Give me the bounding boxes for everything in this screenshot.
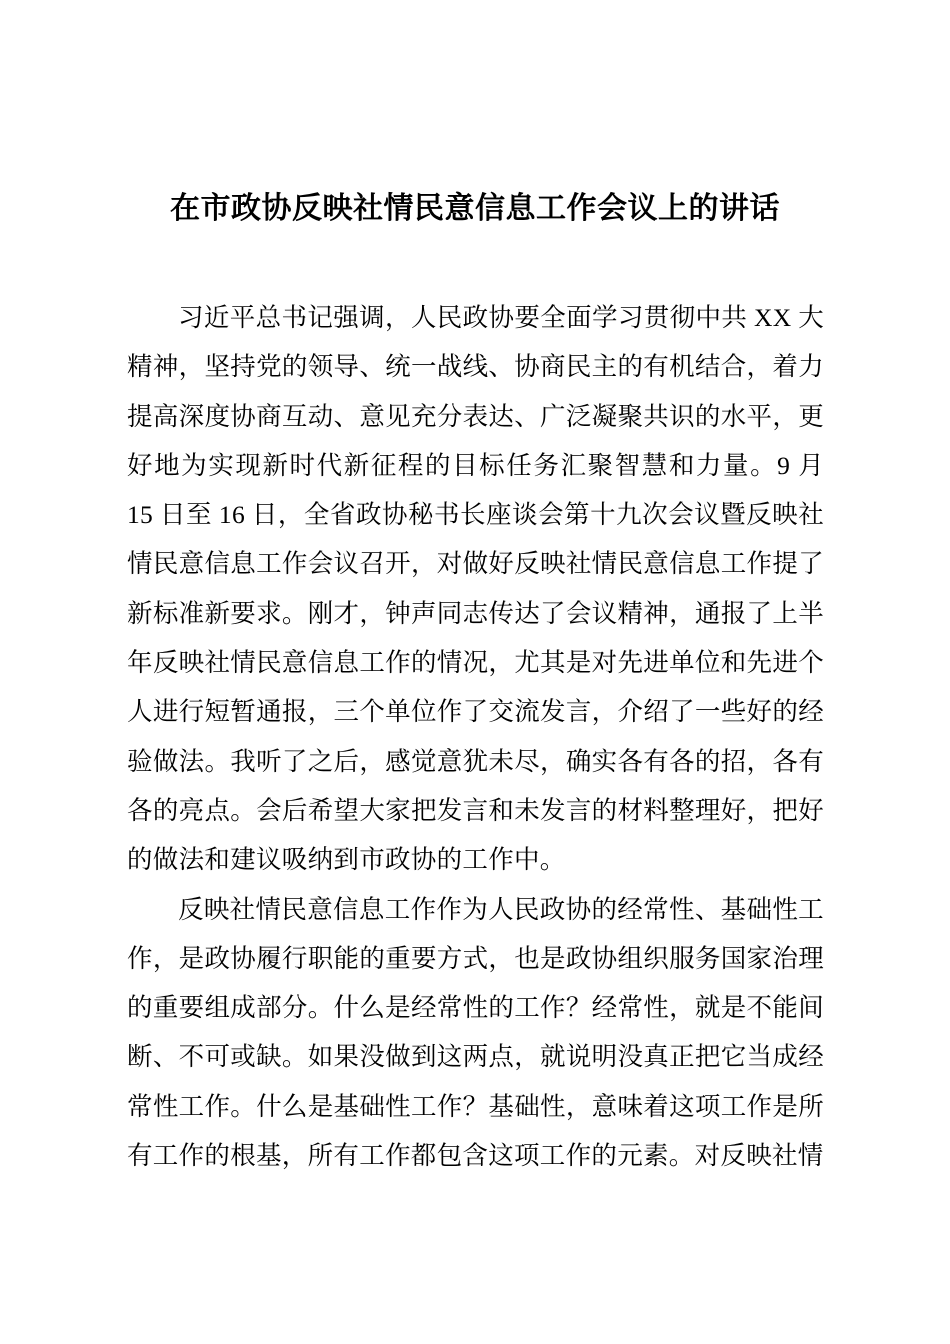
paragraph: 习近平总书记强调，人民政协要全面学习贯彻中共 XX 大精神，坚持党的领导、统一战… (127, 293, 824, 885)
document-body: 习近平总书记强调，人民政协要全面学习贯彻中共 XX 大精神，坚持党的领导、统一战… (127, 293, 824, 1180)
document-title: 在市政协反映社情民意信息工作会议上的讲话 (90, 191, 860, 227)
document-page: 在市政协反映社情民意信息工作会议上的讲话 习近平总书记强调，人民政协要全面学习贯… (0, 0, 950, 1344)
paragraph: 反映社情民意信息工作作为人民政协的经常性、基础性工作，是政协履行职能的重要方式，… (127, 885, 824, 1181)
